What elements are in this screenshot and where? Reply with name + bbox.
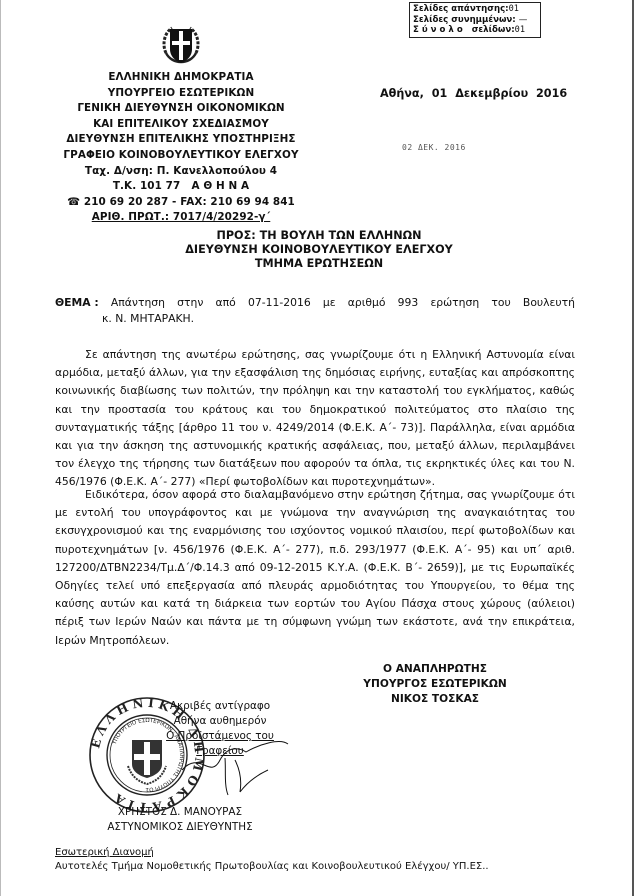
recipient-line: ΤΜΗΜΑ ΕΡΩΤΗΣΕΩΝ (60, 257, 578, 271)
phone-fax-line: 210 69 20 287 - FAX: 210 69 94 841 (84, 196, 295, 208)
phone-icon: ☎ (67, 196, 80, 208)
header-line: ΥΠΟΥΡΓΕΙΟ ΕΣΩΤΕΡΙΚΩΝ (56, 86, 306, 102)
header-phone: ☎ 210 69 20 287 - FAX: 210 69 94 841 (56, 195, 306, 211)
distribution-title: Εσωτερική Διανομή (55, 846, 489, 860)
subject-word: του (491, 295, 510, 311)
header-line: ΕΛΛΗΝΙΚΗ ΔΗΜΟΚΡΑΤΙΑ (56, 70, 306, 86)
reply-pages-label: Σελίδες απάντησης: (413, 4, 509, 14)
attached-pages-row: Σελίδες συνημμένων: — (413, 15, 537, 26)
distribution-recipient: Αυτοτελές Τμήμα Νομοθετικής Πρωτοβουλίας… (55, 860, 489, 874)
signer-block: Ο ΑΝΑΠΛΗΡΩΤΗΣ ΥΠΟΥΡΓΟΣ ΕΣΩΤΕΡΙΚΩΝ ΝΙΚΟΣ … (355, 662, 515, 708)
subject-block: ΘΕΜΑ : Απάντησηστηναπό07-11-2016μεαριθμό… (55, 295, 575, 327)
subject-word: ερώτηση (430, 295, 479, 311)
subject-word: 993 (398, 295, 419, 311)
header-address: Ταχ. Δ/νση: Π. Κανελλοπούλου 4 (56, 164, 306, 180)
received-stamp: 02 ΔΕΚ. 2016 (402, 143, 466, 152)
recipient-block: ΠΡΟΣ: ΤΗ ΒΟΥΛΗ ΤΩΝ ΕΛΛΗΝΩΝ ΔΙΕΥΘΥΝΣΗ ΚΟΙ… (60, 229, 578, 272)
subject-word: 07-11-2016 (248, 295, 311, 311)
page-right-edge (632, 0, 634, 896)
handwritten-signature (180, 740, 290, 800)
copy-note-line: Αθήνα αυθημερόν (150, 714, 290, 729)
body-paragraph: Ειδικότερα, όσον αφορά στο διαλαμβανόμεν… (55, 486, 575, 650)
subject-word: Απάντηση (111, 295, 165, 311)
internal-distribution: Εσωτερική Διανομή Αυτοτελές Τμήμα Νομοθε… (55, 846, 489, 874)
body-paragraph: Σε απάντηση της ανωτέρω ερώτησης, σας γν… (55, 346, 575, 492)
subject-word: αριθμό (348, 295, 386, 311)
recipient-line: ΠΡΟΣ: ΤΗ ΒΟΥΛΗ ΤΩΝ ΕΛΛΗΝΩΝ (60, 229, 578, 243)
copy-note-line: Ακριβές αντίγραφο (150, 699, 290, 714)
subject-line-2: κ. Ν. ΜΗΤΑΡΑΚΗ. (55, 311, 575, 327)
signer-line: ΥΠΟΥΡΓΟΣ ΕΣΩΤΕΡΙΚΩΝ (355, 677, 515, 692)
subject-word: Βουλευτή (523, 295, 575, 311)
header-postcode: Τ.Κ. 101 77 Α Θ Η Ν Α (56, 179, 306, 195)
attached-pages-value: — (519, 15, 528, 25)
page-left-edge (0, 0, 1, 896)
subject-word: στην (177, 295, 203, 311)
copy-signer-title: ΑΣΤΥΝΟΜΙΚΟΣ ΔΙΕΥΘΥΝΤΗΣ (80, 820, 280, 835)
total-pages-row: Σ ύ ν ο λ ο σελίδων:01 (413, 25, 537, 36)
reply-pages-row: Σελίδες απάντησης:01 (413, 4, 537, 15)
subject-label: ΘΕΜΑ : (55, 295, 99, 311)
greek-coat-of-arms-icon (158, 23, 204, 69)
reply-pages-value: 01 (509, 4, 519, 14)
total-pages-value: 01 (515, 25, 525, 35)
document-date: Αθήνα, 01 Δεκεμβρίου 2016 (380, 87, 567, 100)
total-pages-label: Σ ύ ν ο λ ο σελίδων: (413, 25, 515, 35)
signer-name: ΝΙΚΟΣ ΤΟΣΚΑΣ (355, 692, 515, 707)
page-count-box: Σελίδες απάντησης:01 Σελίδες συνημμένων:… (409, 2, 541, 38)
header-line: ΔΙΕΥΘΥΝΣΗ ΕΠΙΤΕΛΙΚΗΣ ΥΠΟΣΤΗΡΙΞΗΣ (56, 132, 306, 148)
subject-word: από (216, 295, 236, 311)
signer-line: Ο ΑΝΑΠΛΗΡΩΤΗΣ (355, 662, 515, 677)
header-line: ΓΡΑΦΕΙΟ ΚΟΙΝΟΒΟΥΛΕΥΤΙΚΟΥ ΕΛΕΓΧΟΥ (56, 148, 306, 164)
subject-line: ΘΕΜΑ : Απάντησηστηναπό07-11-2016μεαριθμό… (55, 295, 575, 311)
header-line: ΓΕΝΙΚΗ ΔΙΕΥΘΥΝΣΗ ΟΙΚΟΝΟΜΙΚΩΝ (56, 101, 306, 117)
recipient-line: ΔΙΕΥΘΥΝΣΗ ΚΟΙΝΟΒΟΥΛΕΥΤΙΚΟΥ ΕΛΕΓΧΟΥ (60, 243, 578, 257)
protocol-number: ΑΡΙΘ. ΠΡΩΤ.: 7017/4/20292-γ΄ (56, 210, 306, 226)
subject-word: με (323, 295, 336, 311)
header-line: ΚΑΙ ΕΠΙΤΕΛΙΚΟΥ ΣΧΕΔΙΑΣΜΟΥ (56, 117, 306, 133)
copy-signer-name: ΧΡΗΣΤΟΣ Δ. ΜΑΝΟΥΡΑΣ (80, 805, 280, 820)
attached-pages-label: Σελίδες συνημμένων: (413, 15, 516, 25)
copy-signer-block: ΧΡΗΣΤΟΣ Δ. ΜΑΝΟΥΡΑΣ ΑΣΤΥΝΟΜΙΚΟΣ ΔΙΕΥΘΥΝΤ… (80, 805, 280, 835)
sender-header: ΕΛΛΗΝΙΚΗ ΔΗΜΟΚΡΑΤΙΑ ΥΠΟΥΡΓΕΙΟ ΕΣΩΤΕΡΙΚΩΝ… (56, 70, 306, 226)
